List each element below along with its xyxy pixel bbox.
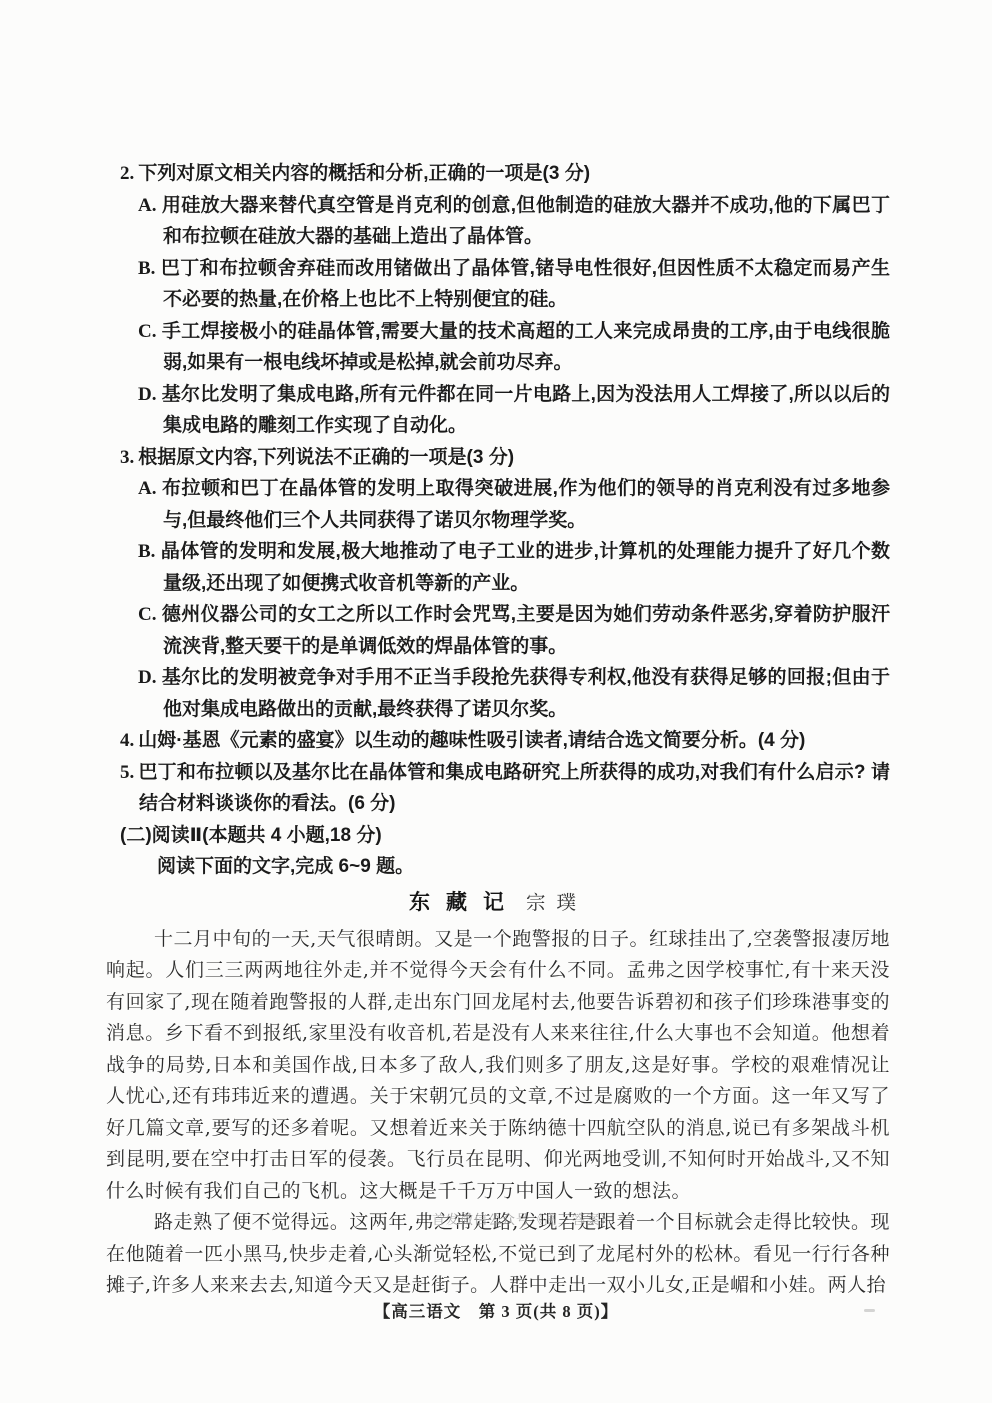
- question-4-stem: 4.山姆·基恩《元素的盛宴》以生动的趣味性吸引读者,请结合选文简要分析。(4 分…: [120, 725, 890, 757]
- option-a-text: 布拉顿和巴丁在晶体管的发明上取得突破进展,作为他们的领导的肖克利没有过多地参与,…: [161, 478, 890, 531]
- question-3-stem: 3.根据原文内容,下列说法不正确的一项是(3 分): [120, 442, 890, 474]
- option-a-text: 用硅放大器来替代真空管是肖克利的创意,但他制造的硅放大器并不成功,他的下属巴丁和…: [161, 195, 890, 248]
- option-letter-c: C.: [138, 321, 156, 342]
- option-letter-d: D.: [138, 384, 156, 405]
- page-content: 2.下列对原文相关内容的概括和分析,正确的一项是(3 分) A.用硅放大器来替代…: [106, 158, 890, 1302]
- question-4-stem-text: 山姆·基恩《元素的盛宴》以生动的趣味性吸引读者,请结合选文简要分析。(4 分): [138, 730, 805, 751]
- passage-body: 十二月中旬的一天,天气很晴朗。又是一个跑警报的日子。红球挂出了,空袭警报凄厉地响…: [106, 924, 890, 1302]
- question-3-option-d: D.基尔比的发明被竞争对手用不正当手段抢先获得专利权,他没有获得足够的回报;但由…: [138, 662, 890, 725]
- question-3-option-b: B.晶体管的发明和发展,极大地推动了电子工业的进步,计算机的处理能力提升了好几个…: [138, 536, 890, 599]
- question-2-stem: 2.下列对原文相关内容的概括和分析,正确的一项是(3 分): [120, 158, 890, 190]
- question-5: 5.巴丁和布拉顿以及基尔比在晶体管和集成电路研究上所获得的成功,对我们有什么启示…: [106, 757, 890, 820]
- option-c-text: 手工焊接极小的硅晶体管,需要大量的技术高超的工人来完成昂贵的工序,由于电线很脆弱…: [161, 321, 890, 374]
- section-2-instruction: 阅读下面的文字,完成 6~9 题。: [157, 851, 890, 883]
- option-d-text: 基尔比发明了集成电路,所有元件都在同一片电路上,因为没法用人工焊接了,所以以后的…: [161, 384, 890, 437]
- question-3-stem-text: 根据原文内容,下列说法不正确的一项是(3 分): [138, 447, 514, 468]
- page-footer: 【高三语文 第 3 页(共 8 页)】: [0, 1298, 992, 1322]
- option-b-text: 晶体管的发明和发展,极大地推动了电子工业的进步,计算机的处理能力提升了好几个数量…: [160, 541, 890, 594]
- option-letter-b: B.: [138, 541, 155, 562]
- question-2-option-b: B.巴丁和布拉顿舍弃硅而改用锗做出了晶体管,锗导电性很好,但因性质不太稳定而易产…: [138, 253, 890, 316]
- option-letter-d: D.: [138, 667, 156, 688]
- question-5-stem: 5.巴丁和布拉顿以及基尔比在晶体管和集成电路研究上所获得的成功,对我们有什么启示…: [120, 757, 890, 820]
- question-3-number: 3.: [120, 447, 134, 468]
- question-2-number: 2.: [120, 163, 134, 184]
- option-b-text: 巴丁和布拉顿舍弃硅而改用锗做出了晶体管,锗导电性很好,但因性质不太稳定而易产生不…: [160, 258, 890, 311]
- question-3-option-a: A.布拉顿和巴丁在晶体管的发明上取得突破进展,作为他们的领导的肖克利没有过多地参…: [138, 473, 890, 536]
- scan-artifact: [864, 1309, 875, 1312]
- option-letter-c: C.: [138, 604, 156, 625]
- questions-area: 2.下列对原文相关内容的概括和分析,正确的一项是(3 分) A.用硅放大器来替代…: [106, 158, 890, 883]
- passage-author: 宗璞: [526, 893, 587, 914]
- question-3: 3.根据原文内容,下列说法不正确的一项是(3 分) A.布拉顿和巴丁在晶体管的发…: [106, 442, 890, 726]
- question-2-option-c: C.手工焊接极小的硅晶体管,需要大量的技术高超的工人来完成昂贵的工序,由于电线很…: [138, 316, 890, 379]
- question-2-option-d: D.基尔比发明了集成电路,所有元件都在同一片电路上,因为没法用人工焊接了,所以以…: [138, 379, 890, 442]
- passage-title-line: 东藏记宗璞: [106, 886, 890, 920]
- question-4: 4.山姆·基恩《元素的盛宴》以生动的趣味性吸引读者,请结合选文简要分析。(4 分…: [106, 725, 890, 757]
- option-d-text: 基尔比的发明被竞争对手用不正当手段抢先获得专利权,他没有获得足够的回报;但由于他…: [161, 667, 890, 720]
- question-3-option-c: C.德州仪器公司的女工之所以工作时会咒骂,主要是因为她们劳动条件恶劣,穿着防护服…: [138, 599, 890, 662]
- question-4-number: 4.: [120, 730, 134, 751]
- question-2: 2.下列对原文相关内容的概括和分析,正确的一项是(3 分) A.用硅放大器来替代…: [106, 158, 890, 442]
- option-letter-a: A.: [138, 478, 156, 499]
- question-2-option-a: A.用硅放大器来替代真空管是肖克利的创意,但他制造的硅放大器并不成功,他的下属巴…: [138, 190, 890, 253]
- exam-page: 2.下列对原文相关内容的概括和分析,正确的一项是(3 分) A.用硅放大器来替代…: [0, 0, 992, 1403]
- passage-title: 东藏记: [409, 891, 520, 914]
- option-c-text: 德州仪器公司的女工之所以工作时会咒骂,主要是因为她们劳动条件恶劣,穿着防护服汗流…: [161, 604, 890, 657]
- option-letter-b: B.: [138, 258, 155, 279]
- section-2-heading: (二)阅读Ⅱ(本题共 4 小题,18 分): [120, 820, 890, 852]
- question-5-stem-text: 巴丁和布拉顿以及基尔比在晶体管和集成电路研究上所获得的成功,对我们有什么启示? …: [138, 762, 890, 815]
- wechat-watermark: 首发微信公众号《高三答案》: [432, 1209, 614, 1228]
- question-5-number: 5.: [120, 762, 134, 783]
- passage-paragraph-1: 十二月中旬的一天,天气很晴朗。又是一个跑警报的日子。红球挂出了,空袭警报凄厉地响…: [106, 924, 890, 1208]
- question-2-stem-text: 下列对原文相关内容的概括和分析,正确的一项是(3 分): [138, 163, 590, 184]
- option-letter-a: A.: [138, 195, 156, 216]
